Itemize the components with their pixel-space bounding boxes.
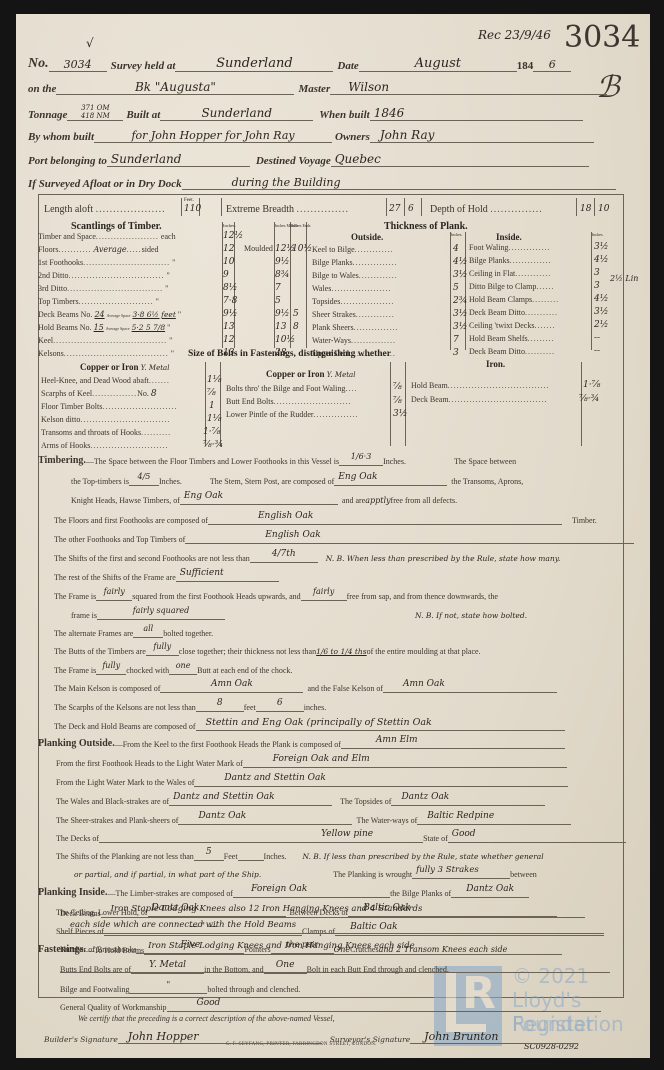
plank-row: Topsides.................. xyxy=(312,297,394,306)
timbering-line: the Top-timbers is 4/5 Inches.The Stem, … xyxy=(71,472,523,486)
plank-row: Sheer Strakes............. xyxy=(312,310,395,319)
scantlings-title: Scantlings of Timber. xyxy=(71,221,162,232)
port-value: Sunderland xyxy=(107,152,250,167)
bolts-col2-title: Copper or Iron Y. Metal xyxy=(266,369,355,379)
depth-inches: 10 xyxy=(598,204,609,214)
catalog-reference: SC0928-0292 xyxy=(524,1042,579,1051)
bolts-title: Size of Bolts in Fastenings, distinguish… xyxy=(188,349,391,359)
bolt-row: Scarphs of Keel...............No. 8 xyxy=(41,389,157,399)
vessel-name: Bk "Augusta" xyxy=(56,80,294,95)
timbering-line: The Frame isfairly squared from the firs… xyxy=(54,587,498,601)
plank-row: Plank Sheers............... xyxy=(312,323,399,332)
bolt-row: Bolts thro' the Bilge and Foot Waling...… xyxy=(226,384,357,393)
depth-feet: 18 xyxy=(580,204,591,214)
tonnage-value: 371 OM 418 NM xyxy=(67,104,123,121)
by-whom-value: for John Hopper for John Ray xyxy=(94,129,332,143)
plank-row: Bilge Planks.............. xyxy=(469,256,552,265)
header-row-1: No. 3034 Survey held at Sunderland Date … xyxy=(28,56,618,72)
survey-document: √ Rec 23/9/46 3034 ℬ No. 3034 Survey hel… xyxy=(16,14,650,1058)
plank-row: Foot Waling.............. xyxy=(469,243,550,252)
timbering-line: The Butts of the Timbers are fully close… xyxy=(54,642,481,656)
planking-inside-line: Planking Inside.—The Limber-strakes are … xyxy=(38,884,529,898)
no-value: 3034 xyxy=(49,58,107,72)
built-at-value: Sunderland xyxy=(160,106,313,121)
plank-row: Deck Beam Ditto.......... xyxy=(469,347,555,356)
plank-row: Deck Beam Ditto........... xyxy=(469,308,558,317)
inside-title: Inside. xyxy=(496,232,522,242)
plank-row: Ceiling in Flat............ xyxy=(469,269,551,278)
header-row-4: By whom built for John Hopper for John R… xyxy=(28,128,628,143)
received-note: Rec 23/9/46 xyxy=(478,28,551,42)
planking-outside-line: or partial, and if partial, in what part… xyxy=(74,865,537,879)
survey-held-label: Survey held at xyxy=(111,60,176,72)
by-whom-label: By whom built xyxy=(28,131,94,143)
built-at-label: Built at xyxy=(126,109,160,121)
planking-outside-line: Planking Outside.—From the Keel to the f… xyxy=(38,735,565,749)
timbering-line: frame is fairly squaredN. B. If not, sta… xyxy=(71,606,527,620)
header-row-5: Port belonging to Sunderland Destined Vo… xyxy=(28,152,628,167)
timbering-line: The Deck and Hold Beams are composed of … xyxy=(54,717,565,731)
tonnage-nm: 418 NM xyxy=(71,112,119,120)
archive-number: 3034 xyxy=(564,20,640,55)
plank-row: Keel to Bilge............. xyxy=(312,245,394,254)
printer-credit: C. F. SEYFANG, PRINTER, FARRINGDON STREE… xyxy=(226,1042,377,1047)
year-suffix: 6 xyxy=(533,58,571,72)
breadth-label: Extreme Breadth ............... xyxy=(226,204,349,215)
plank-row: Water-Ways............... xyxy=(312,336,396,345)
breadth-feet: 27 xyxy=(389,204,400,214)
planking-outside-line: The Shifts of the Planking are not less … xyxy=(56,847,544,861)
master-label: Master xyxy=(298,83,330,95)
date-value: August xyxy=(359,56,517,72)
when-built-value: 1846 xyxy=(370,106,583,121)
no-label: No. xyxy=(28,56,49,72)
owners-value: John Ray xyxy=(370,128,594,143)
header-row-6: If Surveyed Afloat or in Dry Dock during… xyxy=(28,176,628,190)
survey-held-value: Sunderland xyxy=(175,56,333,72)
plank-row: Ceiling 'twixt Decks....... xyxy=(469,321,555,330)
timbering-line: The rest of the Shifts of the Frame are … xyxy=(54,568,279,582)
planking-outside-line: The Wales and Black-strakes are of Dantz… xyxy=(56,792,545,806)
bolts-col3-title: Iron. xyxy=(486,359,505,369)
tonnage-label: Tonnage xyxy=(28,109,67,121)
when-built-label: When built xyxy=(319,109,369,121)
timbering-line: The alternate Frames are all bolted toge… xyxy=(54,624,213,638)
bolt-row: Lower Pintle of the Rudder..............… xyxy=(226,410,359,419)
bolt-row: Transoms and throats of Hooks.......... xyxy=(41,428,171,437)
plank-row: Hold Beam Shelfs......... xyxy=(469,334,555,343)
breadth-inches: 6 xyxy=(408,204,414,214)
afloat-value: during the Building xyxy=(182,176,616,190)
watermark-line2: Foundation xyxy=(512,1012,624,1036)
lr-logo-icon: R xyxy=(434,966,502,1046)
afloat-label: If Surveyed Afloat or in Dry Dock xyxy=(28,178,182,190)
plank-row: Bilge Planks............... xyxy=(312,258,398,267)
voyage-label: Destined Voyage xyxy=(256,155,331,167)
planking-inside-line: Shelf Pieces of— " — Clamps ofBaltic Oak xyxy=(56,922,604,936)
timbering-line: Timbering.—The Space between the Floor T… xyxy=(38,452,516,466)
bolt-row: Arms of Hooks.......................... xyxy=(41,441,168,450)
plank-row: Ditto Bilge to Clamp...... xyxy=(469,282,554,291)
timbering-line: The Frame is fully chocked with one Butt… xyxy=(54,661,292,675)
master-value: Wilson xyxy=(330,80,607,95)
length-feet: 110 xyxy=(184,204,201,214)
bolt-row: Heel-Knee, and Dead Wood abaft....... xyxy=(41,376,170,385)
header-row-2: on the Bk "Augusta" Master Wilson xyxy=(28,80,618,95)
plank-row: Bilge to Wales............. xyxy=(312,271,398,280)
timbering-line: The Floors and first Foothooks are compo… xyxy=(54,511,597,525)
plank-row: Hold Beam Clamps......... xyxy=(469,295,559,304)
bolt-row: Floor Timber Bolts......................… xyxy=(41,402,177,411)
plank-title: Thickness of Plank. xyxy=(384,221,468,232)
owners-label: Owners xyxy=(335,131,370,143)
planking-outside-line: The Decks ofYellow pine State of Good xyxy=(56,829,626,843)
outside-title: Outside. xyxy=(351,232,383,242)
planking-outside-line: From the Light Water Mark to the Wales o… xyxy=(56,773,568,787)
depth-label: Depth of Hold ............... xyxy=(430,204,543,215)
on-the-label: on the xyxy=(28,83,56,95)
bolts-col1-title: Copper or Iron Y. Metal xyxy=(80,362,169,372)
header-row-3: Tonnage 371 OM 418 NM Built at Sunderlan… xyxy=(28,104,618,121)
fastenings-line: Fastenings.—To Hold Beams Iron Staple Lo… xyxy=(38,941,562,955)
planking-outside-line: From the first Foothook Heads to the Lig… xyxy=(56,754,567,768)
timbering-line: The Scarphs of the Kelsons are not less … xyxy=(54,698,326,712)
timbering-line: The Shifts of the first and second Footh… xyxy=(54,549,560,563)
plank-row: Wales.................... xyxy=(312,284,391,293)
timbering-line: The other Foothooks and Top Timbers of E… xyxy=(54,530,634,544)
watermark-copyright: © 2021 xyxy=(512,964,589,988)
timbering-line: The Main Kelson is composed of Amn Oak a… xyxy=(54,679,557,693)
year-prefix: 184 xyxy=(517,60,534,72)
bolt-row: Butt End Bolts.......................... xyxy=(226,397,352,406)
planking-outside-line: The Sheer-strakes and Plank-sheers of Da… xyxy=(56,811,571,825)
bolt-row: Hold Beam...............................… xyxy=(411,381,550,390)
voyage-value: Quebec xyxy=(331,152,589,167)
planking-inside-line: The Ceiling, Lower Hold, of Dantz Oak Be… xyxy=(56,903,557,917)
timbering-line: Knight Heads, Hawse Timbers, of Eng Oak … xyxy=(71,491,457,505)
tonnage-om: 371 OM xyxy=(71,104,119,112)
length-label: Length aloft .................... xyxy=(44,204,166,215)
check-mark: √ xyxy=(86,36,94,50)
bolt-row: Deck Beam...............................… xyxy=(411,395,548,404)
date-label: Date xyxy=(337,60,358,72)
port-label: Port belonging to xyxy=(28,155,107,167)
bolt-row: Kelson ditto............................… xyxy=(41,415,170,424)
plank-side-note: 2½ Lin xyxy=(610,274,638,283)
